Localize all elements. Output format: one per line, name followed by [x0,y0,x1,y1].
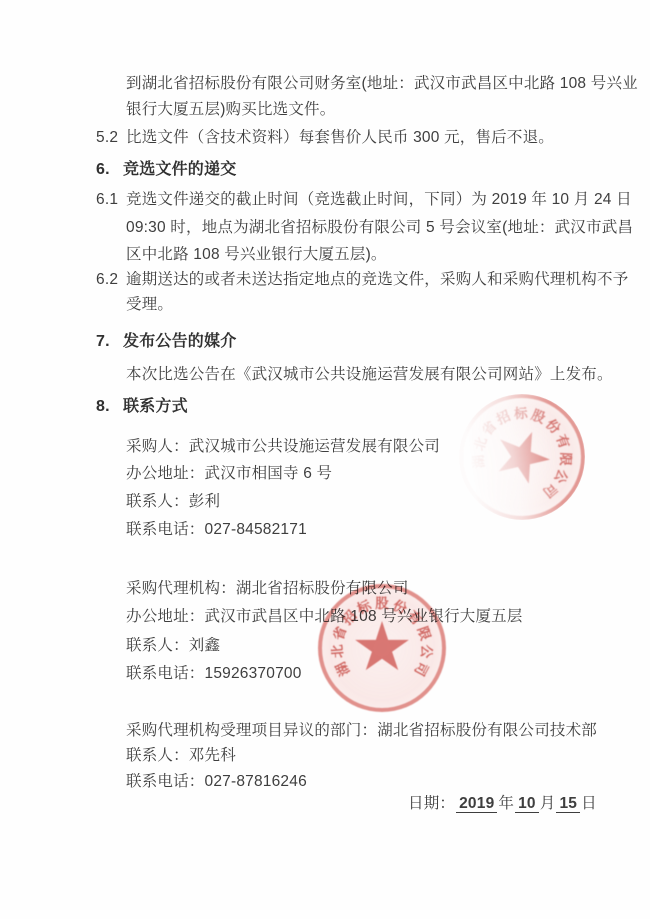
agency-contact-person: 联系人：刘鑫 [126,637,220,655]
purchaser-name: 采购人：武汉城市公共设施运营发展有限公司 [126,438,440,456]
purchaser-phone: 联系电话：027-84582171 [126,521,307,539]
section-8-number: 8. [96,398,123,416]
date-label: 日期： [408,795,455,812]
dispute-contact-person: 联系人：邓先科 [126,747,236,765]
date-day: 15 [556,795,580,813]
section-7-paragraph: 本次比选公告在《武汉城市公共设施运营发展有限公司网站》上发布。 [126,366,613,384]
dispute-phone: 联系电话：027-87816246 [126,773,307,791]
clause-6-2-text-1: 逾期送达的或者未送达指定地点的竞选文件，采购人和采购代理机构不予 [126,271,628,288]
scanned-document-page: 到湖北省招标股份有限公司财务室(地址：武汉市武昌区中北路 108 号兴业 银行大… [0,0,650,919]
clause-5-1-cont-line-2: 银行大厦五层)购买比选文件。 [126,101,335,119]
section-7-number: 7. [96,333,123,351]
clause-6-1-line-2: 09:30 时，地点为湖北省招标股份有限公司 5 号会议室(地址：武汉市武昌 [126,219,633,237]
seal-arc-text: 湖北省招标股份有限公司 [489,380,598,424]
clause-6-1-line-1: 6.1竞选文件递交的截止时间（竞选截止时间，下同）为 2019 年 10 月 2… [96,191,632,209]
purchaser-contact-person: 联系人：彭利 [126,493,220,511]
date-month: 10 [515,795,539,813]
section-6-number: 6. [96,161,123,179]
company-seal-faded: 湖北省招标股份有限公司 [440,375,604,539]
date-month-unit: 月 [540,795,556,812]
clause-6-2-number: 6.2 [96,271,126,289]
clause-6-2-line-1: 6.2逾期送达的或者未送达指定地点的竞选文件，采购人和采购代理机构不予 [96,271,628,289]
section-8-heading: 8.联系方式 [96,398,188,416]
section-7-title: 发布公告的媒介 [123,333,236,350]
dispute-department: 采购代理机构受理项目异议的部门：湖北省招标股份有限公司技术部 [126,722,597,740]
seal-star-icon [354,621,410,675]
clause-6-1-number: 6.1 [96,191,126,209]
date-year: 2019 [456,795,497,813]
date-day-unit: 日 [581,795,597,812]
section-6-title: 竞选文件的递交 [123,161,236,178]
date-line: 日期：2019年10月15日 [407,795,598,813]
date-year-unit: 年 [498,795,514,812]
section-7-heading: 7.发布公告的媒介 [96,333,236,351]
clause-5-2: 5.2比选文件（含技术资料）每套售价人民币 300 元，售后不退。 [96,129,554,147]
clause-6-1-line-3: 区中北路 108 号兴业银行大厦五层)。 [126,246,387,264]
clause-5-2-number: 5.2 [96,129,126,147]
clause-6-1-text-1: 竞选文件递交的截止时间（竞选截止时间，下同）为 2019 年 10 月 24 日 [126,191,632,208]
agency-phone: 联系电话：15926370700 [126,665,302,683]
company-seal-main: 湖北省招标股份有限公司 [318,584,446,712]
purchaser-address: 办公地址：武汉市相国寺 6 号 [126,465,332,483]
clause-6-2-line-2: 受理。 [126,296,173,314]
clause-5-2-text: 比选文件（含技术资料）每套售价人民币 300 元，售后不退。 [126,129,554,146]
section-6-heading: 6.竞选文件的递交 [96,161,236,179]
section-8-title: 联系方式 [123,398,188,415]
clause-5-1-cont-line-1: 到湖北省招标股份有限公司财务室(地址：武汉市武昌区中北路 108 号兴业 [126,75,638,93]
